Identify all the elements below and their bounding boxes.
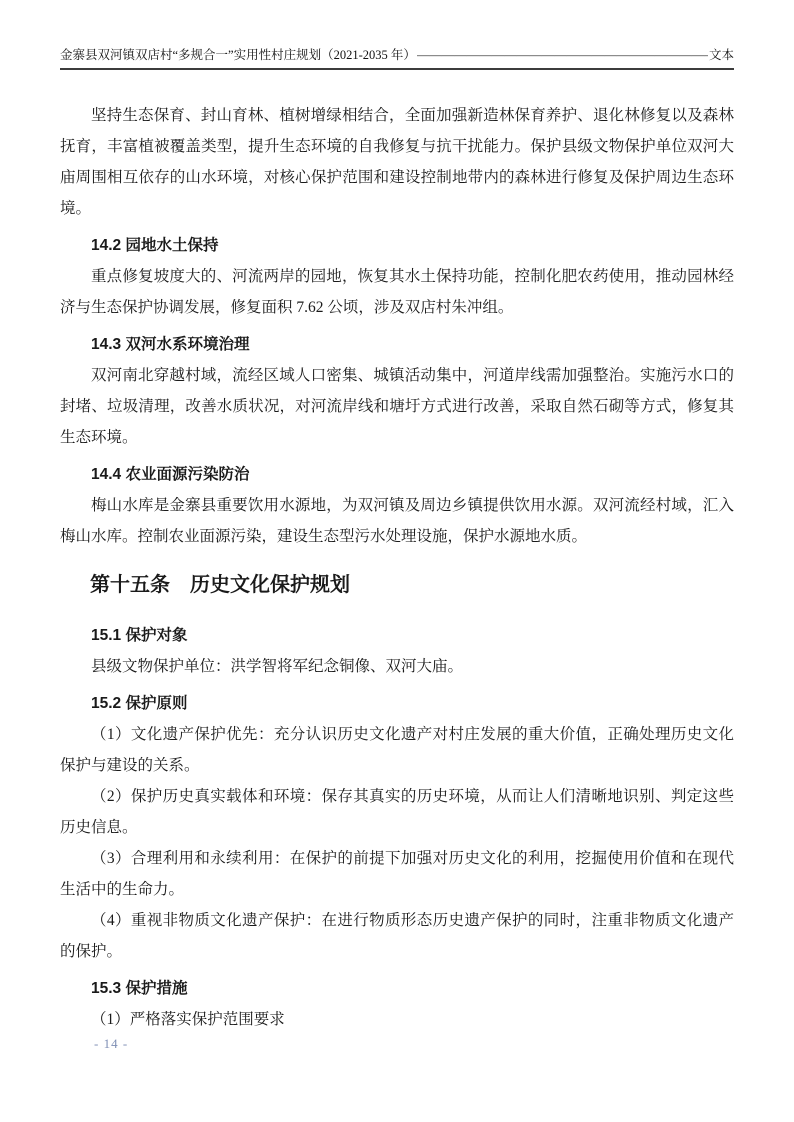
section-15-2-principle-1: （1）文化遗产保护优先：充分认识历史文化遗产对村庄发展的重大价值，正确处理历史文… [60,719,734,781]
section-15-2-principle-2: （2）保护历史真实载体和环境：保存其真实的历史环境，从而让人们清晰地识别、判定这… [60,781,734,843]
document-header: 金寨县双河镇双店村“多规合一”实用性村庄规划（2021-2035 年） ————… [60,46,734,70]
document-body: 坚持生态保育、封山育林、植树增绿相结合，全面加强新造林保育养护、退化林修复以及森… [60,100,734,1035]
section-15-3-paragraph: （1）严格落实保护范围要求 [60,1004,734,1035]
section-heading-14-4: 14.4 农业面源污染防治 [60,459,734,490]
section-14-4-paragraph: 梅山水库是金寨县重要饮用水源地，为双河镇及周边乡镇提供饮用水源。双河流经村域，汇… [60,490,734,552]
header-dash-line: ———————————————————————— [417,46,708,64]
section-heading-15-3: 15.3 保护措施 [60,973,734,1004]
section-14-3-paragraph: 双河南北穿越村域，流经区域人口密集、城镇活动集中，河道岸线需加强整治。实施污水口… [60,360,734,453]
paragraph-ecology-intro: 坚持生态保育、封山育林、植树增绿相结合，全面加强新造林保育养护、退化林修复以及森… [60,100,734,224]
header-title: 金寨县双河镇双店村“多规合一”实用性村庄规划（2021-2035 年） [60,46,416,64]
page-number: - 14 - [94,1036,128,1051]
section-heading-15-1: 15.1 保护对象 [60,620,734,651]
chapter-heading-15: 第十五条 历史文化保护规划 [60,568,734,602]
section-heading-15-2: 15.2 保护原则 [60,688,734,719]
page-footer: - 14 - [94,1036,128,1052]
document-page: 金寨县双河镇双店村“多规合一”实用性村庄规划（2021-2035 年） ————… [0,0,794,1122]
section-heading-14-3: 14.3 双河水系环境治理 [60,329,734,360]
section-15-1-paragraph: 县级文物保护单位：洪学智将军纪念铜像、双河大庙。 [60,651,734,682]
section-15-2-principle-4: （4）重视非物质文化遗产保护：在进行物质形态历史遗产保护的同时，注重非物质文化遗… [60,905,734,967]
section-14-2-paragraph: 重点修复坡度大的、河流两岸的园地，恢复其水土保持功能，控制化肥农药使用，推动园林… [60,261,734,323]
section-15-2-principle-3: （3）合理利用和永续利用：在保护的前提下加强对历史文化的利用，挖掘使用价值和在现… [60,843,734,905]
header-suffix: 文本 [709,46,734,64]
section-heading-14-2: 14.2 园地水土保持 [60,230,734,261]
